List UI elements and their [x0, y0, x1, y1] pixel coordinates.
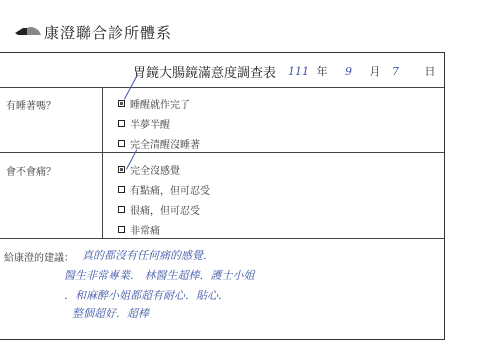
- options-list: 睡醒就作完了 半夢半醒 完全清醒沒睡著: [118, 93, 200, 153]
- checkbox[interactable]: [118, 206, 125, 213]
- day-label: 日: [425, 65, 436, 78]
- comment-line[interactable]: 整個超好．超棒: [72, 305, 149, 321]
- year-value[interactable]: 111: [288, 65, 309, 78]
- letterhead: 康澄聯合診所體系: [0, 0, 480, 50]
- option-fully-awake[interactable]: 完全清醒沒睡著: [118, 133, 200, 153]
- checkbox[interactable]: [118, 226, 125, 233]
- option-extreme-pain[interactable]: 非常痛: [118, 219, 210, 239]
- option-label: 完全沒感覺: [130, 162, 180, 177]
- checkbox[interactable]: [118, 186, 125, 193]
- question-row-pain: 會不會痛？ 完全沒感覺 有點痛，但可忍受 很痛，但可忍受 非常痛: [0, 153, 444, 239]
- option-label: 非常痛: [130, 222, 160, 237]
- checkbox-checked[interactable]: [118, 100, 125, 107]
- day-value[interactable]: 7: [392, 65, 399, 78]
- comment-line[interactable]: ．和麻醉小姐都超有耐心．貼心．: [64, 287, 229, 303]
- option-asleep[interactable]: 睡醒就作完了: [118, 93, 200, 113]
- checkbox-checked[interactable]: [118, 166, 125, 173]
- checkbox[interactable]: [118, 120, 125, 127]
- comment-label: 給康澄的建議：: [4, 249, 74, 264]
- question-label: 會不會痛？: [6, 163, 56, 178]
- options-list: 完全沒感覺 有點痛，但可忍受 很痛，但可忍受 非常痛: [118, 159, 210, 239]
- form-date: 111 年 9 月 7 日: [288, 63, 440, 79]
- comment-line[interactable]: 真的都沒有任何痛的感覺．: [82, 247, 214, 263]
- month-value[interactable]: 9: [345, 65, 352, 78]
- option-label: 有點痛，但可忍受: [130, 182, 210, 197]
- column-divider: [102, 153, 103, 238]
- satisfaction-survey-form: 胃鏡大腸鏡滿意度調查表 111 年 9 月 7 日 有睡著嗎？ 睡醒就作完了 半…: [0, 52, 445, 340]
- checkbox[interactable]: [118, 140, 125, 147]
- option-label: 睡醒就作完了: [130, 96, 190, 111]
- comment-line[interactable]: 醫生非常專業． 林醫生超棒．護士小姐: [64, 267, 255, 283]
- option-slight-pain[interactable]: 有點痛，但可忍受: [118, 179, 210, 199]
- form-title: 胃鏡大腸鏡滿意度調查表: [133, 62, 276, 81]
- bird-logo-icon: [15, 25, 41, 37]
- title-row: 胃鏡大腸鏡滿意度調查表 111 年 9 月 7 日: [0, 53, 444, 88]
- month-label: 月: [370, 65, 381, 78]
- option-label: 半夢半醒: [130, 116, 170, 131]
- question-label: 有睡著嗎？: [6, 97, 56, 112]
- option-half-asleep[interactable]: 半夢半醒: [118, 113, 200, 133]
- clinic-brand-name: 康澄聯合診所體系: [44, 22, 172, 43]
- column-divider: [102, 87, 103, 152]
- option-label: 完全清醒沒睡著: [130, 136, 200, 151]
- question-row-sleep: 有睡著嗎？ 睡醒就作完了 半夢半醒 完全清醒沒睡著: [0, 87, 444, 153]
- option-no-feeling[interactable]: 完全沒感覺: [118, 159, 210, 179]
- option-very-painful[interactable]: 很痛，但可忍受: [118, 199, 210, 219]
- year-label: 年: [317, 65, 328, 78]
- option-label: 很痛，但可忍受: [130, 202, 200, 217]
